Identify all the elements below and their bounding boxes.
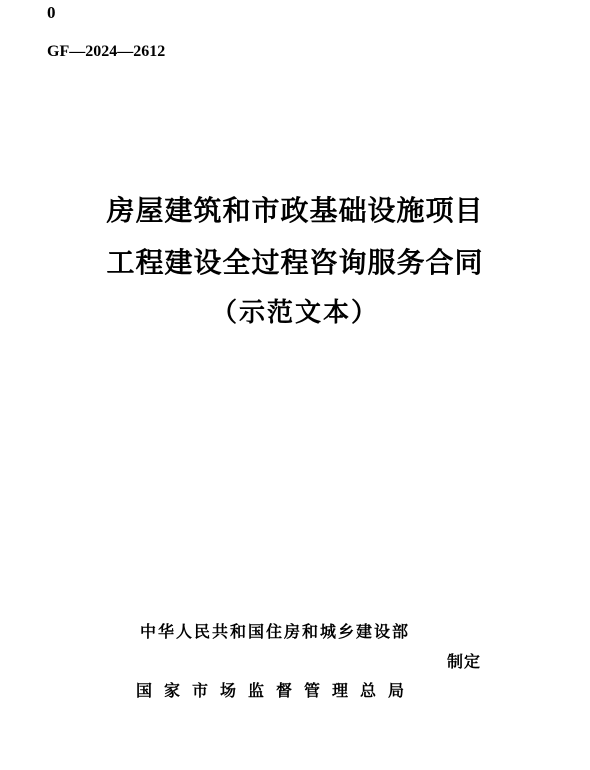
issuer-market-regulation: 国家市场监督管理总局: [136, 681, 416, 701]
issuer-ministry-housing: 中华人民共和国住房和城乡建设部: [140, 622, 410, 642]
page-number: 0: [47, 3, 56, 23]
document-code: GF—2024—2612: [47, 42, 165, 62]
issued-label: 制定: [447, 652, 481, 672]
title-line-1: 房屋建筑和市政基础设施项目: [0, 194, 590, 228]
title-line-2: 工程建设全过程咨询服务合同: [0, 246, 590, 280]
document-subtitle: （示范文本）: [0, 296, 590, 330]
